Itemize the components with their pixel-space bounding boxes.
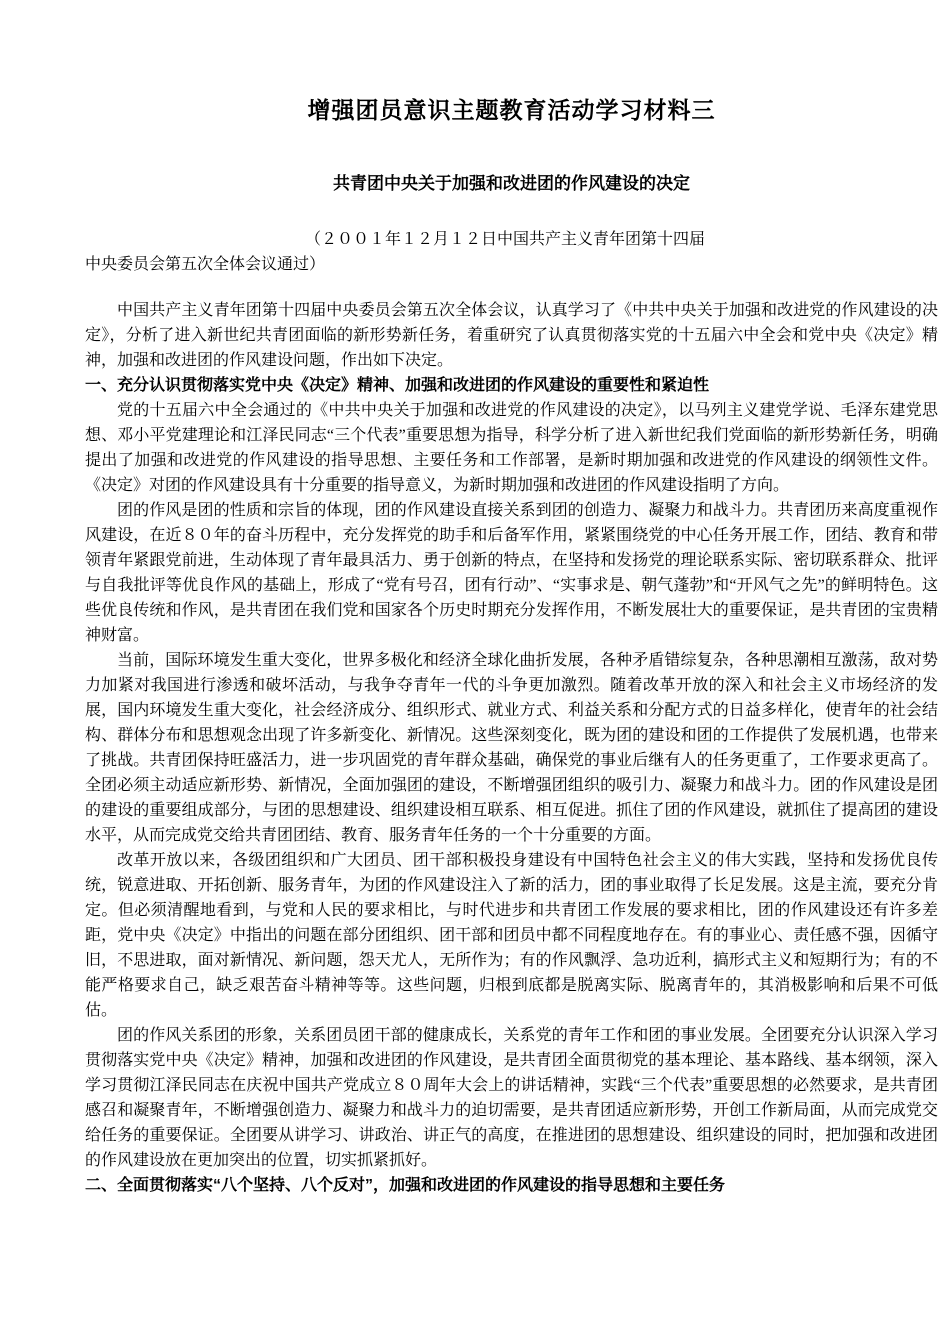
body-paragraph-3: 团的作风是团的性质和宗旨的体现，团的作风建设直接关系到团的创造力、凝聚力和战斗力… bbox=[85, 498, 938, 648]
section-heading-1: 一、充分认识贯彻落实党中央《决定》精神、加强和改进团的作风建设的重要性和紧迫性 bbox=[85, 373, 938, 398]
doc-subtitle: 共青团中央关于加强和改进团的作风建设的决定 bbox=[85, 172, 938, 195]
body-paragraph-1: 中国共产主义青年团第十四届中央委员会第五次全体会议，认真学习了《中共中央关于加强… bbox=[85, 298, 938, 373]
date-block: （２００１年１２月１２日中国共产主义青年团第十四届 中央委员会第五次全体会议通过… bbox=[85, 227, 938, 277]
date-line-2: 中央委员会第五次全体会议通过） bbox=[85, 252, 938, 277]
document-content: 增强团员意识主题教育活动学习材料三 共青团中央关于加强和改进团的作风建设的决定 … bbox=[0, 0, 950, 1198]
date-line-1: （２００１年１２月１２日中国共产主义青年团第十四届 bbox=[85, 227, 938, 252]
body-paragraph-5: 改革开放以来，各级团组织和广大团员、团干部积极投身建设有中国特色社会主义的伟大实… bbox=[85, 848, 938, 1023]
document-page: 增强团员意识主题教育活动学习材料三 共青团中央关于加强和改进团的作风建设的决定 … bbox=[0, 0, 950, 1344]
body-paragraph-2: 党的十五届六中全会通过的《中共中央关于加强和改进党的作风建设的决定》，以马列主义… bbox=[85, 398, 938, 498]
body-paragraph-4: 当前，国际环境发生重大变化，世界多极化和经济全球化曲折发展，各种矛盾错综复杂，各… bbox=[85, 648, 938, 848]
body-paragraph-6: 团的作风关系团的形象，关系团员团干部的健康成长，关系党的青年工作和团的事业发展。… bbox=[85, 1023, 938, 1173]
section-heading-2: 二、全面贯彻落实“八个坚持、八个反对”，加强和改进团的作风建设的指导思想和主要任… bbox=[85, 1173, 938, 1198]
page-title: 增强团员意识主题教育活动学习材料三 bbox=[85, 0, 938, 125]
document-body: 中国共产主义青年团第十四届中央委员会第五次全体会议，认真学习了《中共中央关于加强… bbox=[85, 298, 938, 1198]
